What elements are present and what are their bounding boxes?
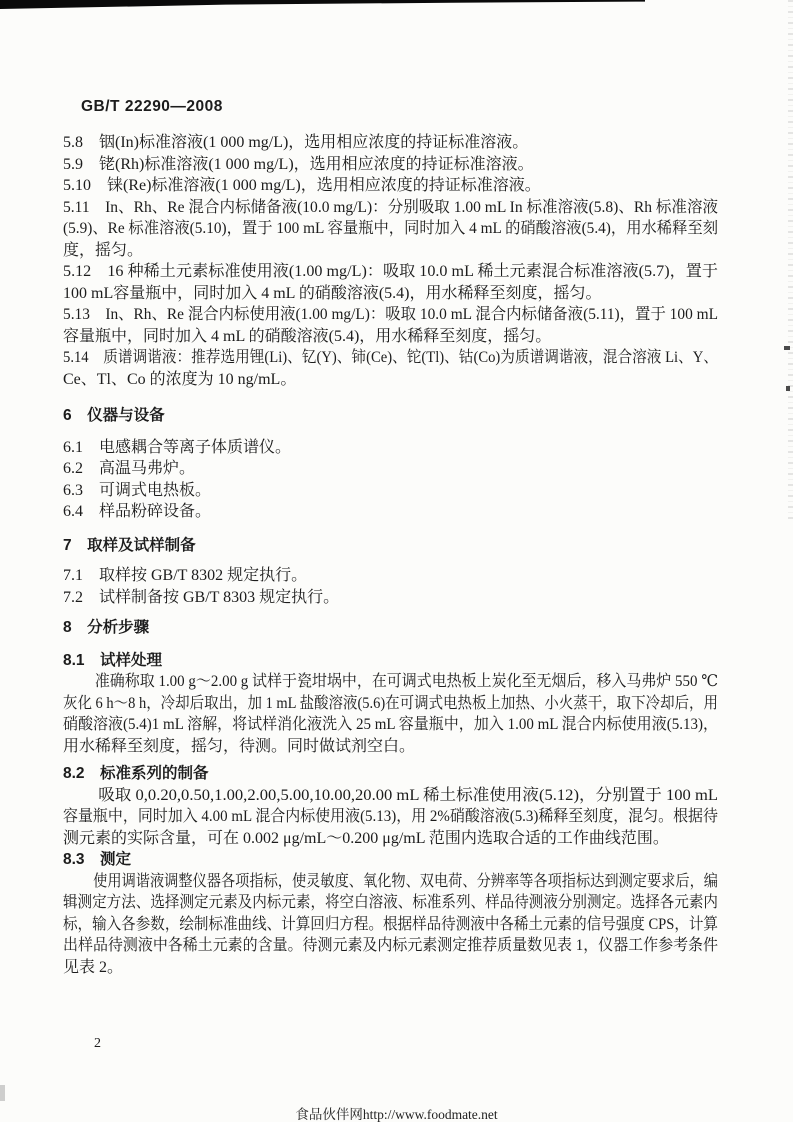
document-body: 5.8 铟(In)标准溶液(1 000 mg/L)，选用相应浓度的持证标准溶液。… <box>63 132 718 978</box>
scan-speck-1 <box>784 346 790 350</box>
para-8-1-line-1: 准确称取 1.00 g～2.00 g 试样于瓷坩埚中，在可调式电热板上炭化至无烟… <box>63 671 718 693</box>
para-8-3-line-5: 见表 2。 <box>63 957 123 979</box>
page-number: 2 <box>94 1036 101 1052</box>
clause-5-12-line-2: 100 mL容量瓶中，同时加入 4 mL 的硝酸溶液(5.4)，用水稀释至刻度，… <box>63 283 602 305</box>
para-8-2-line-3: 测元素的实际含量，可在 0.002 μg/mL～0.200 μg/mL 范围内选… <box>63 828 669 850</box>
clause-5-9: 5.9 铑(Rh)标准溶液(1 000 mg/L)，选用相应浓度的持证标准溶液。 <box>63 154 534 176</box>
clause-5-13-line-1: 5.13 In、Rh、Re 混合内标使用液(1.00 mg/L)：吸取 10.0… <box>63 304 718 326</box>
section-7-heading: 7 取样及试样制备 <box>63 535 196 557</box>
clause-5-11-line-1: 5.11 In、Rh、Re 混合内标储备液(10.0 mg/L)：分别吸取 1.… <box>63 197 718 219</box>
standard-number-header: GB/T 22290—2008 <box>81 98 223 116</box>
para-8-2-line-2: 容量瓶中，同时加入 4.00 mL 混合内标使用液(5.13)，用 2%硝酸溶液… <box>63 806 718 828</box>
para-8-1-line-4: 用水稀释至刻度，摇匀，待测。同时做试剂空白。 <box>63 736 415 758</box>
subsection-8-1-heading: 8.1 试样处理 <box>63 650 162 672</box>
clause-5-10: 5.10 铼(Re)标准溶液(1 000 mg/L)，选用相应浓度的持证标准溶液… <box>63 175 541 197</box>
para-8-2-line-1: 吸取 0,0.20,0.50,1.00,2.00,5.00,10.00,20.0… <box>63 785 718 807</box>
scan-artifact-top-edge <box>0 0 645 9</box>
para-8-3-line-3: 标，输入各参数，绘制标准曲线、计算回归方程。根据样品待测液中各稀土元素的信号强度… <box>63 914 718 936</box>
section-8-heading: 8 分析步骤 <box>63 617 149 639</box>
clause-6-3: 6.3 可调式电热板。 <box>63 480 211 502</box>
scan-noise-right-edge <box>788 0 793 520</box>
clause-5-12-line-1: 5.12 16 种稀土元素标准使用液(1.00 mg/L)：吸取 10.0 mL… <box>63 261 718 283</box>
clause-5-13-line-2: 容量瓶中，同时加入 4 mL 的硝酸溶液(5.4)，用水稀释至刻度，摇匀。 <box>63 326 551 348</box>
clause-6-1: 6.1 电感耦合等离子体质谱仪。 <box>63 437 291 459</box>
clause-7-1: 7.1 取样按 GB/T 8302 规定执行。 <box>63 565 307 587</box>
clause-6-2: 6.2 高温马弗炉。 <box>63 458 195 480</box>
clause-6-4: 6.4 样品粉碎设备。 <box>63 501 211 523</box>
footer-watermark: 食品伙伴网http://www.foodmate.net <box>295 1103 497 1122</box>
subsection-8-3-heading: 8.3 测定 <box>63 849 131 871</box>
clause-5-14-line-1: 5.14 质谱调谐液：推荐选用锂(Li)、钇(Y)、铈(Ce)、铊(Tl)、钴(… <box>63 347 718 369</box>
clause-5-11-line-2: (5.9)、Re 标准溶液(5.10)，置于 100 mL 容量瓶中，同时加入 … <box>63 218 718 240</box>
clause-5-8: 5.8 铟(In)标准溶液(1 000 mg/L)，选用相应浓度的持证标准溶液。 <box>63 132 528 154</box>
para-8-1-line-3: 硝酸溶液(5.4)1 mL 溶解，将试样消化液洗入 25 mL 容量瓶中，加入 … <box>63 714 718 736</box>
para-8-3-line-2: 辑测定方法、选择测定元素及内标元素，将空白溶液、标准系列、样品待测液分别测定。选… <box>63 892 718 914</box>
section-6-heading: 6 仪器与设备 <box>63 405 165 427</box>
para-8-3-line-4: 出样品待测液中各稀土元素的含量。待测元素及内标元素测定推荐质量数见表 1，仪器工… <box>63 935 718 957</box>
document-page: GB/T 22290—2008 5.8 铟(In)标准溶液(1 000 mg/L… <box>0 0 793 1122</box>
scan-smudge-bottom-left <box>0 1085 5 1101</box>
clause-5-14-line-2: Ce、Tl、Co 的浓度为 10 ng/mL。 <box>63 369 296 391</box>
subsection-8-2-heading: 8.2 标准系列的制备 <box>63 763 209 785</box>
para-8-1-line-2: 灰化 6 h～8 h，冷却后取出，加 1 mL 盐酸溶液(5.6)在可调式电热板… <box>63 693 718 715</box>
scan-speck-2 <box>786 386 790 391</box>
para-8-3-line-1: 使用调谐液调整仪器各项指标，使灵敏度、氧化物、双电荷、分辨率等各项指标达到测定要… <box>63 871 718 893</box>
clause-7-2: 7.2 试样制备按 GB/T 8303 规定执行。 <box>63 587 339 609</box>
clause-5-11-line-3: 度，摇匀。 <box>63 240 143 262</box>
